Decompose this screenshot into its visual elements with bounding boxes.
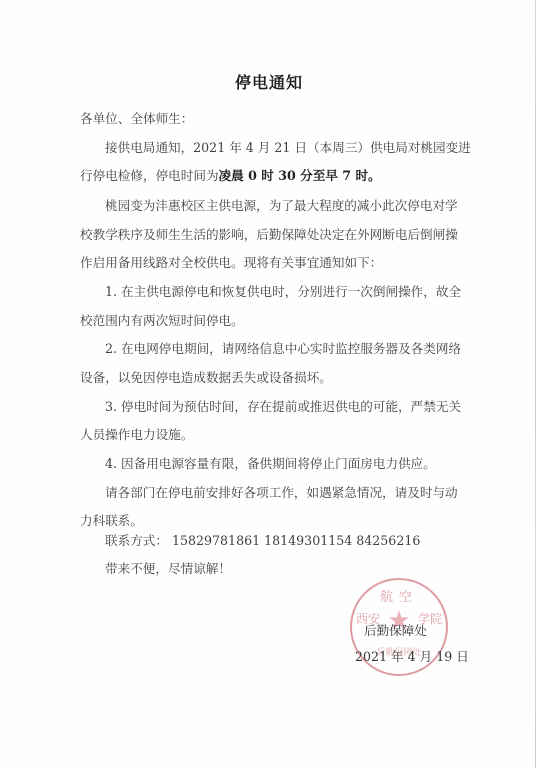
paragraph-2-line-2: 校教学秩序及师生生活的影响，后勤保障处决定在外网断电后倒闸操 <box>80 224 458 243</box>
item-4-line-1: 4. 因备用电源容量有限，备供期间将停止门面房电力供应。 <box>105 453 436 472</box>
paragraph-1-line-1: 接供电局通知，2021 年 4 月 21 日（本周三）供电局对桃园变进 <box>105 137 471 156</box>
signature-date: 2021 年 4 月 19 日 <box>355 646 469 665</box>
signature-department: 后勤保障处 <box>364 620 427 639</box>
item-2-line-1: 2. 在电网停电期间，请网络信息中心实时监控服务器及各类网络 <box>105 338 461 357</box>
contact-info: 联系方式： 15829781861 18149301154 84256216 <box>105 530 420 549</box>
paragraph-3-line-2: 力科联系。 <box>80 510 143 529</box>
paragraph-3-line-1: 请各部门在停电前安排好各项工作，如遇紧急情况，请及时与动 <box>105 482 458 501</box>
document-page: 停电通知 各单位、全体师生： 接供电局通知，2021 年 4 月 21 日（本周… <box>0 0 538 768</box>
item-1-line-1: 1. 在主供电源停电和恢复供电时，分别进行一次倒闸操作，故全 <box>105 281 461 300</box>
paragraph-2-line-1: 桃园变为沣惠校区主供电源，为了最大程度的减小此次停电对学 <box>105 195 458 214</box>
item-1-line-2: 校范围内有两次短时间停电。 <box>80 310 244 329</box>
item-2-line-2: 设备，以免因停电造成数据丢失或设备损坏。 <box>80 367 332 386</box>
paragraph-1-line-2-text: 行停电检修，停电时间为 <box>80 168 219 183</box>
seal-top-text: 航空 <box>352 586 446 605</box>
scan-edge <box>535 0 536 768</box>
item-3-line-1: 3. 停电时间为预估时间，存在提前或推迟供电的可能，严禁无关 <box>105 396 461 415</box>
item-3-line-2: 人员操作电力设施。 <box>80 424 193 443</box>
paragraph-2-line-3: 作启用备用线路对全校供电。现将有关事宜通知如下： <box>80 252 382 271</box>
salutation: 各单位、全体师生： <box>80 108 193 127</box>
outage-time: 凌晨 0 时 30 分至早 7 时。 <box>219 168 381 183</box>
paragraph-1-line-2: 行停电检修，停电时间为凌晨 0 时 30 分至早 7 时。 <box>80 165 381 184</box>
closing-line: 带来不便，尽情谅解！ <box>105 558 231 577</box>
document-title: 停电通知 <box>0 70 538 93</box>
